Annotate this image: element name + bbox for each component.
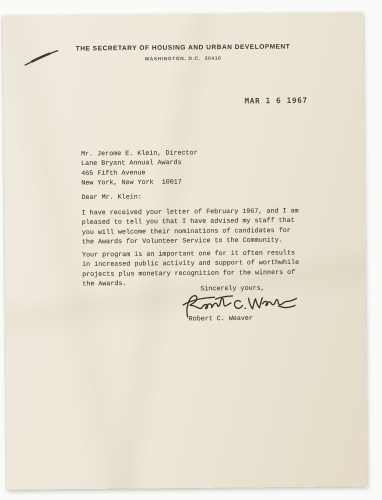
recipient-address-block: Mr. Jerome E. Klein, Director Lane Bryan…: [81, 148, 198, 188]
signer-typed-name: Robert C. Weaver: [189, 314, 253, 324]
body-paragraph-1: I have received your letter of February …: [82, 206, 299, 247]
salutation: Dear Mr. Klein:: [81, 192, 141, 202]
body-paragraph-2: Your program is an important one for it …: [82, 248, 299, 289]
date-stamp: MAR 1 6 1967: [245, 96, 308, 106]
letterhead-title: THE SECRETARY OF HOUSING AND URBAN DEVEL…: [3, 42, 363, 53]
letter-content: THE SECRETARY OF HOUSING AND URBAN DEVEL…: [3, 12, 368, 489]
photo-background: THE SECRETARY OF HOUSING AND URBAN DEVEL…: [0, 0, 382, 500]
letter-paper: THE SECRETARY OF HOUSING AND URBAN DEVEL…: [3, 12, 368, 489]
